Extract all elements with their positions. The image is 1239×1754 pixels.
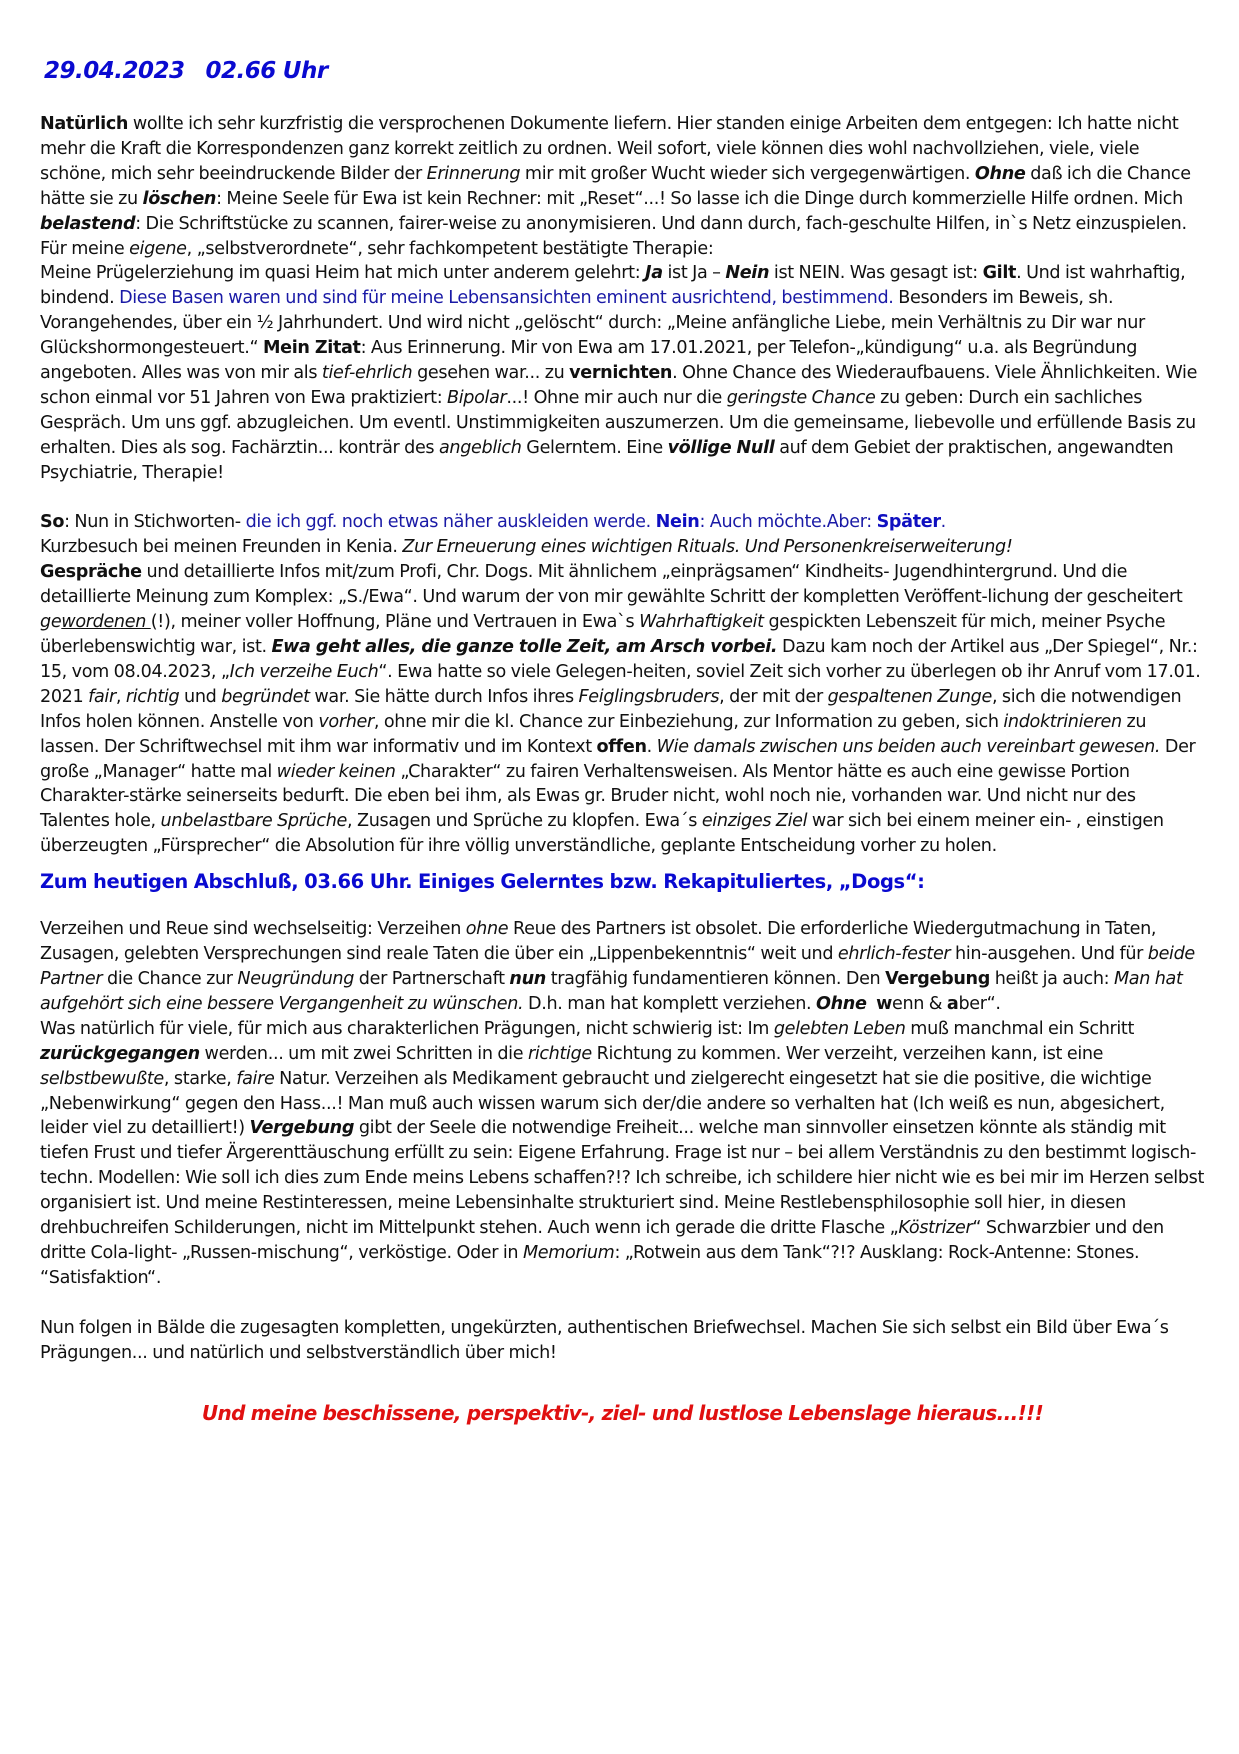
emphasis: Vergebung	[885, 969, 990, 989]
emphasis: völlige Null	[668, 438, 775, 458]
emphasis: unbelastbare Sprüche	[161, 811, 348, 831]
emphasis: eigene	[129, 239, 187, 259]
emphasis: nun	[509, 969, 546, 989]
document-page: 29.04.2023 02.66 Uhr Natürlich wollte ic…	[40, 56, 1205, 1427]
text: ,	[116, 687, 126, 707]
emphasis: a	[947, 994, 959, 1014]
emphasis: Ohne	[816, 994, 867, 1014]
text: heißt ja auch:	[990, 969, 1114, 989]
emphasis: gespaltenen Zunge	[828, 687, 992, 707]
emphasis: vernichten	[569, 363, 672, 383]
emphasis: gelebten Leben	[774, 1019, 906, 1039]
text: , ohne mir die kl. Chance zur Einbeziehu…	[374, 712, 1004, 732]
text: hin-ausgehen. Und für	[950, 944, 1147, 964]
text: ist Ja –	[663, 263, 726, 283]
text: : Meine Seele für Ewa ist kein Rechner: …	[216, 189, 1183, 209]
text: , der mit der	[719, 687, 827, 707]
emphasis: Zur Erneuerung eines wichtigen Rituals. …	[402, 537, 1012, 557]
emphasis: einziges Ziel	[702, 811, 807, 831]
emphasis: Wie damals zwischen uns beiden auch vere…	[657, 737, 1161, 757]
emphasis: w	[876, 994, 892, 1014]
text: und	[179, 687, 221, 707]
emphasis: offen	[597, 737, 647, 757]
text: die Chance zur	[102, 969, 237, 989]
highlighted-text: .	[941, 512, 946, 532]
emphasis: Ewa geht alles, die ganze tolle Zeit, am…	[271, 637, 777, 657]
emphasis: zurückgegangen	[40, 1044, 200, 1064]
highlighted-text: Diese Basen waren und sind für meine Leb…	[119, 288, 893, 308]
emphasis: Nein	[725, 263, 769, 283]
spacer	[40, 486, 1205, 511]
text: : Die Schriftstücke zu scannen, fairer-w…	[135, 214, 1186, 234]
emphasis: angeblich	[439, 438, 522, 458]
emphasis: faire	[236, 1069, 274, 1089]
emphasis: begründet	[221, 687, 309, 707]
text: gesehen war... zu	[412, 363, 569, 383]
date-time-heading: 29.04.2023 02.66 Uhr	[44, 56, 1205, 86]
emphasis: ohne	[466, 919, 509, 939]
emphasis: indoktrinieren	[1003, 712, 1121, 732]
emphasis: Erinnerung	[427, 164, 521, 184]
emphasis: Köstrizer	[898, 1218, 972, 1238]
paragraph-life-step: Was natürlich für viele, für mich aus ch…	[40, 1017, 1205, 1291]
emphasis: geringste Chance	[727, 388, 876, 408]
closing-statement: Und meine beschissene, perspektiv-, ziel…	[40, 1399, 1205, 1427]
emphasis: Ich verzeihe Euch	[230, 662, 379, 682]
text: und detaillierte Infos mit/zum Profi, Ch…	[40, 562, 1182, 607]
text: ber“.	[958, 994, 1000, 1014]
text: Gelerntem. Eine	[522, 438, 668, 458]
text: tragfähig fundamentieren können. Den	[546, 969, 885, 989]
emphasis: tief-ehrlich	[322, 363, 412, 383]
text: , Zusagen und Sprüche zu klopfen. Ewa´s	[347, 811, 702, 831]
emphasis: Vergebung	[250, 1118, 355, 1138]
text: , starke,	[164, 1069, 236, 1089]
paragraph-outlook: Nun folgen in Bälde die zugesagten kompl…	[40, 1316, 1205, 1366]
highlighted-emphasis: Später	[877, 512, 941, 532]
paragraph-kenya: Kurzbesuch bei meinen Freunden in Kenia.…	[40, 535, 1205, 560]
text: war. Sie hätte durch Infos ihres	[310, 687, 579, 707]
emphasis: So	[40, 512, 64, 532]
emphasis: wieder keinen	[277, 762, 396, 782]
text: : Nun in Stichworten-	[64, 512, 246, 532]
emphasis: Feiglingsbruders	[579, 687, 720, 707]
highlighted-emphasis: Nein	[656, 512, 700, 532]
highlighted-text: die ich ggf. noch etwas näher auskleiden…	[246, 512, 656, 532]
emphasis: richtig	[126, 687, 179, 707]
text: muß manchmal ein Schritt	[906, 1019, 1134, 1039]
emphasis: Gilt	[983, 263, 1017, 283]
text: ist NEIN. Was gesagt ist:	[769, 263, 982, 283]
emphasis: löschen	[143, 189, 217, 209]
text: Was natürlich für viele, für mich aus ch…	[40, 1019, 774, 1039]
emphasis: belastend	[40, 214, 135, 234]
text: Meine Prügelerziehung im quasi Heim hat …	[40, 263, 645, 283]
text: D.h. man hat komplett verziehen.	[523, 994, 816, 1014]
emphasis: Memorium	[523, 1243, 615, 1263]
paragraph-conversations: Gespräche und detaillierte Infos mit/zum…	[40, 560, 1205, 859]
text: mir mit großer Wucht wieder sich vergege…	[520, 164, 975, 184]
paragraph-keywords: So: Nun in Stichworten- die ich ggf. noc…	[40, 510, 1205, 535]
emphasis: Gespräche	[40, 562, 142, 582]
spacer	[40, 1291, 1205, 1316]
emphasis: fair	[88, 687, 116, 707]
text: werden... um mit zwei Schritten in die	[200, 1044, 528, 1064]
emphasis: Bipolar	[447, 388, 506, 408]
paragraph-intro: Natürlich wollte ich sehr kurzfristig di…	[40, 112, 1205, 237]
emphasis: ehrlich-fester	[838, 944, 950, 964]
emphasis: selbstbewußte	[40, 1069, 164, 1089]
text: .	[647, 737, 657, 757]
text	[867, 994, 877, 1014]
text: enn &	[892, 994, 947, 1014]
text: Verzeihen und Reue sind wechselseitig: V…	[40, 919, 466, 939]
emphasis: richtige	[528, 1044, 592, 1064]
emphasis: ge	[40, 612, 61, 632]
text: Für meine	[40, 239, 129, 259]
text: ...! Ohne mir auch nur die	[506, 388, 726, 408]
emphasis: vorher	[318, 712, 374, 732]
highlighted-text: : Auch möchte.Aber:	[699, 512, 876, 532]
paragraph-therapy: Für meine eigene, „selbstverordnete“, se…	[40, 237, 1205, 262]
text: Kurzbesuch bei meinen Freunden in Kenia.	[40, 537, 402, 557]
emphasis: Mein Zitat	[263, 338, 361, 358]
text: , „selbstverordnete“, sehr fachkompetent…	[187, 239, 714, 259]
text: der Partnerschaft	[354, 969, 509, 989]
emphasis: wordenen	[61, 612, 150, 632]
paragraph-upbringing: Meine Prügelerziehung im quasi Heim hat …	[40, 261, 1205, 485]
emphasis: Wahrhaftigkeit	[639, 612, 764, 632]
emphasis: Neugründung	[237, 969, 354, 989]
text: (!), meiner voller Hoffnung, Pläne und V…	[151, 612, 639, 632]
emphasis: Natürlich	[40, 114, 128, 134]
paragraph-forgiveness: Verzeihen und Reue sind wechselseitig: V…	[40, 917, 1205, 1017]
emphasis: Ohne	[975, 164, 1026, 184]
text: Richtung zu kommen. Wer verzeiht, verzei…	[592, 1044, 1103, 1064]
emphasis: Ja	[645, 263, 663, 283]
section-heading: Zum heutigen Abschluß, 03.66 Uhr. Einige…	[40, 869, 1205, 895]
